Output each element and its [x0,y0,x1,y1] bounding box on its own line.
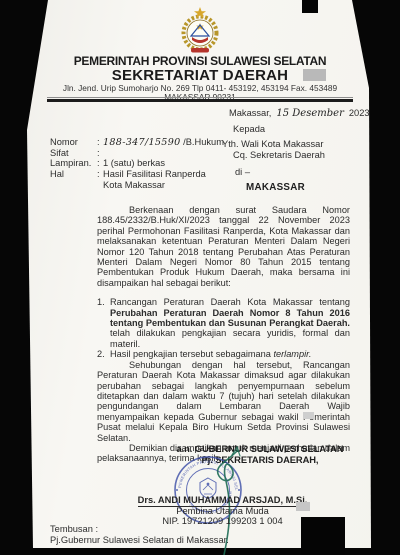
list-item-number: 1. [97,297,110,349]
scan-artifact-blob [303,412,314,419]
redaction-box-top [302,0,318,13]
tembusan-item: Pj.Gubernur Sulawesi Selatan di Makassar… [50,535,229,545]
meta-hal-value-line1: Hasil Fasilitasi Ranperda [103,169,206,179]
signatory-name: Drs. ANDI MUHAMMAD ARSJAD, M.Si. [138,495,308,507]
item1-text-tail: telah dilakukan pengkajian secara yuridi… [110,328,350,348]
dateline-city: Makassar, [229,108,271,118]
meta-nomor-typed: /B.Hukum [183,137,224,147]
list-item: 2. Hasil pengkajian tersebut sebagaimana… [97,349,350,359]
list-item-text: Rancangan Peraturan Daerah Kota Makassar… [110,297,350,349]
item1-text: Rancangan Peraturan Daerah Kota Makassar… [110,297,350,307]
item2-text: Hasil pengkajian tersebut sebagaimana [110,349,273,359]
scanned-letter-photo: PEMERINTAH PROVINSI SULAWESI SELATAN SEK… [0,0,400,555]
meta-nomor-value: 188-347/15590 /B.Hukum [103,137,224,148]
signatory-nip: NIP. 19721209 199203 1 004 [125,516,320,527]
list-item-number: 2. [97,349,110,359]
letter-body: Berkenaan dengan surat Saudara Nomor 188… [97,205,350,464]
meta-nomor-colon: : [97,137,100,147]
dateline-year: 2023 [349,108,370,118]
body-paragraph-3: Sehubungan dengan hal tersebut, Rancanga… [97,360,350,443]
svg-text:PEMERINTAH PROVINSI SULAWESI S: PEMERINTAH PROVINSI SULAWESI SELATAN [168,450,239,491]
letterhead-rule-thin [47,97,353,98]
recipient-di: di – [235,167,250,177]
letterhead-rule-thick [47,99,353,102]
body-numbered-list: 1. Rancangan Peraturan Daerah Kota Makas… [97,297,350,359]
meta-hal-value-line2: Kota Makassar [103,180,165,190]
item1-bold-text: Perubahan Peraturan Daerah Nomor 8 Tahun… [110,308,350,328]
meta-lampiran-value: 1 (satu) berkas [103,158,165,168]
meta-nomor-label: Nomor [50,137,78,147]
stamp-ring-top-text: PEMERINTAH PROVINSI SULAWESI SELATAN [168,450,239,491]
redaction-box-bottom [301,517,345,555]
meta-lampiran-label: Lampiran. [50,158,91,168]
meta-hal-label: Hal [50,169,64,179]
letterhead-government-line: PEMERINTAH PROVINSI SULAWESI SELATAN [0,54,400,68]
dateline: Makassar, 15 Desember 2023 [229,108,370,119]
scan-artifact-blob [303,69,326,81]
signatory-block: Drs. ANDI MUHAMMAD ARSJAD, M.Si. Pembina… [125,495,320,527]
scan-artifact-blob [296,502,310,511]
recipient-kepada: Kepada [233,124,265,134]
body-paragraph-1: Berkenaan dengan surat Saudara Nomor 188… [97,205,350,288]
signatory-rank: Pembina Utama Muda [125,506,320,517]
south-sulawesi-coat-of-arms-icon [177,6,223,54]
list-item: 1. Rancangan Peraturan Daerah Kota Makas… [97,297,350,349]
recipient-line1: Yth. Wali Kota Makassar [222,139,323,149]
meta-sifat-label: Sifat [50,148,69,158]
item2-italic-text: terlampir. [273,349,311,359]
meta-nomor-handwritten: 188-347/15590 [103,137,181,148]
letterhead-office-line: SEKRETARIAT DAERAH [0,67,400,84]
meta-sifat-colon: : [97,148,100,158]
dateline-handwritten-date: 15 Desember [276,108,343,119]
recipient-city: MAKASSAR [246,182,305,193]
meta-hal-colon: : [97,169,100,179]
tembusan-label: Tembusan : [50,524,98,534]
meta-lampiran-colon: : [97,158,100,168]
recipient-line2: Cq. Sekretaris Daerah [233,150,325,160]
list-item-text: Hasil pengkajian tersebut sebagaimana te… [110,349,350,359]
